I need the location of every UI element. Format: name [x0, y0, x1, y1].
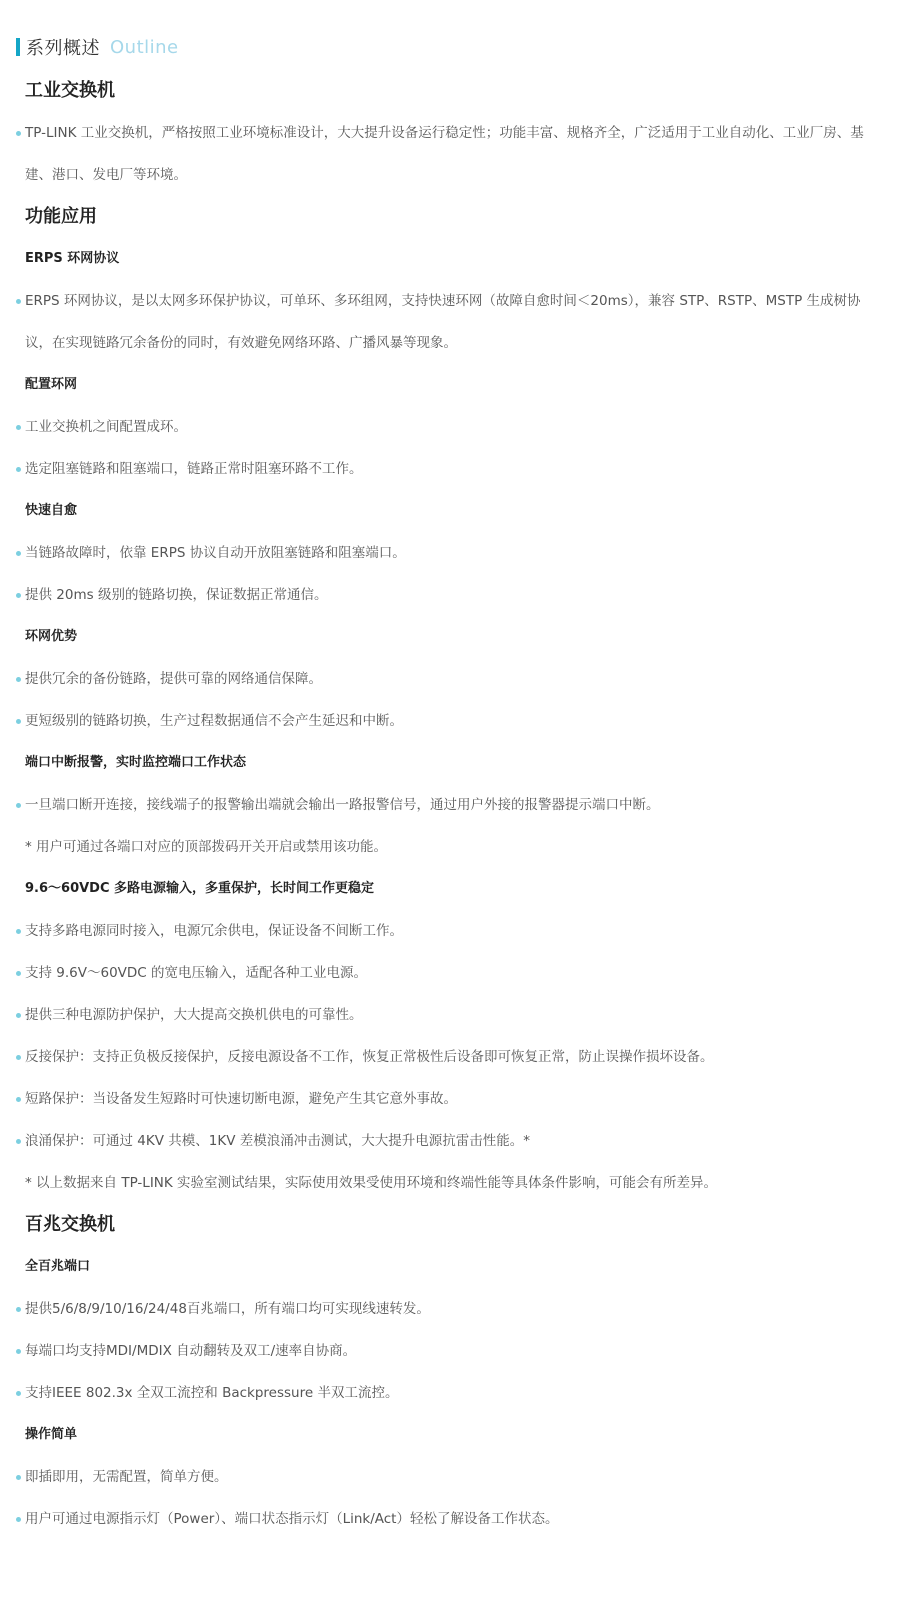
list-item: 即插即用，无需配置，简单方便。 — [25, 1456, 880, 1498]
subheading-all-ports: 全百兆端口 — [25, 1246, 880, 1288]
list-item: 提供三种电源防护保护，大大提高交换机供电的可靠性。 — [25, 994, 880, 1036]
page: 系列概述 Outline 工业交换机 TP-LINK 工业交换机，严格按照工业环… — [0, 0, 900, 1540]
list-item: 用户可通过电源指示灯（Power）、端口状态指示灯（Link/Act）轻松了解设… — [25, 1498, 880, 1540]
list-item: 选定阻塞链路和阻塞端口，链路正常时阻塞环路不工作。 — [25, 448, 880, 490]
subheading-self-heal: 快速自愈 — [25, 490, 880, 532]
footnote: * 用户可通过各端口对应的顶部拨码开关开启或禁用该功能。 — [25, 826, 880, 868]
list-item: 工业交换机之间配置成环。 — [25, 406, 880, 448]
section-header: 系列概述 Outline — [16, 36, 880, 58]
accent-bar — [16, 38, 20, 56]
heading-industrial-switch: 工业交换机 — [25, 70, 880, 112]
list-item: 提供 20ms 级别的链路切换，保证数据正常通信。 — [25, 574, 880, 616]
subheading-erps: ERPS 环网协议 — [25, 238, 880, 280]
list-item: 当链路故障时，依靠 ERPS 协议自动开放阻塞链路和阻塞端口。 — [25, 532, 880, 574]
list-item: 反接保护：支持正负极反接保护，反接电源设备不工作，恢复正常极性后设备即可恢复正常… — [25, 1036, 880, 1078]
subheading-easy-operation: 操作简单 — [25, 1414, 880, 1456]
list-item: 一旦端口断开连接，接线端子的报警输出端就会输出一路报警信号，通过用户外接的报警器… — [25, 784, 880, 826]
list-item: 支持 9.6V～60VDC 的宽电压输入，适配各种工业电源。 — [25, 952, 880, 994]
list-item: 浪涌保护：可通过 4KV 共模、1KV 差模浪涌冲击测试，大大提升电源抗雷击性能… — [25, 1120, 880, 1162]
subheading-config-ring: 配置环网 — [25, 364, 880, 406]
heading-fast-ethernet: 百兆交换机 — [25, 1204, 880, 1246]
list-item: 更短级别的链路切换，生产过程数据通信不会产生延迟和中断。 — [25, 700, 880, 742]
list-item: ERPS 环网协议，是以太网多环保护协议，可单环、多环组网，支持快速环网（故障自… — [25, 280, 880, 364]
list-item: 支持IEEE 802.3x 全双工流控和 Backpressure 半双工流控。 — [25, 1372, 880, 1414]
subheading-power: 9.6～60VDC 多路电源输入，多重保护，长时间工作更稳定 — [25, 868, 880, 910]
intro-paragraph: TP-LINK 工业交换机，严格按照工业环境标准设计，大大提升设备运行稳定性；功… — [25, 112, 880, 196]
footnote: * 以上数据来自 TP-LINK 实验室测试结果，实际使用效果受使用环境和终端性… — [25, 1162, 880, 1204]
section-title-en: Outline — [110, 37, 179, 58]
heading-features: 功能应用 — [25, 196, 880, 238]
section-title-cn: 系列概述 — [26, 34, 100, 60]
subheading-port-alarm: 端口中断报警，实时监控端口工作状态 — [25, 742, 880, 784]
list-item: 提供5/6/8/9/10/16/24/48百兆端口，所有端口均可实现线速转发。 — [25, 1288, 880, 1330]
list-item: 提供冗余的备份链路，提供可靠的网络通信保障。 — [25, 658, 880, 700]
subheading-ring-advantage: 环网优势 — [25, 616, 880, 658]
list-item: 支持多路电源同时接入，电源冗余供电，保证设备不间断工作。 — [25, 910, 880, 952]
content: 工业交换机 TP-LINK 工业交换机，严格按照工业环境标准设计，大大提升设备运… — [16, 70, 880, 1540]
list-item: 短路保护：当设备发生短路时可快速切断电源，避免产生其它意外事故。 — [25, 1078, 880, 1120]
list-item: 每端口均支持MDI/MDIX 自动翻转及双工/速率自协商。 — [25, 1330, 880, 1372]
